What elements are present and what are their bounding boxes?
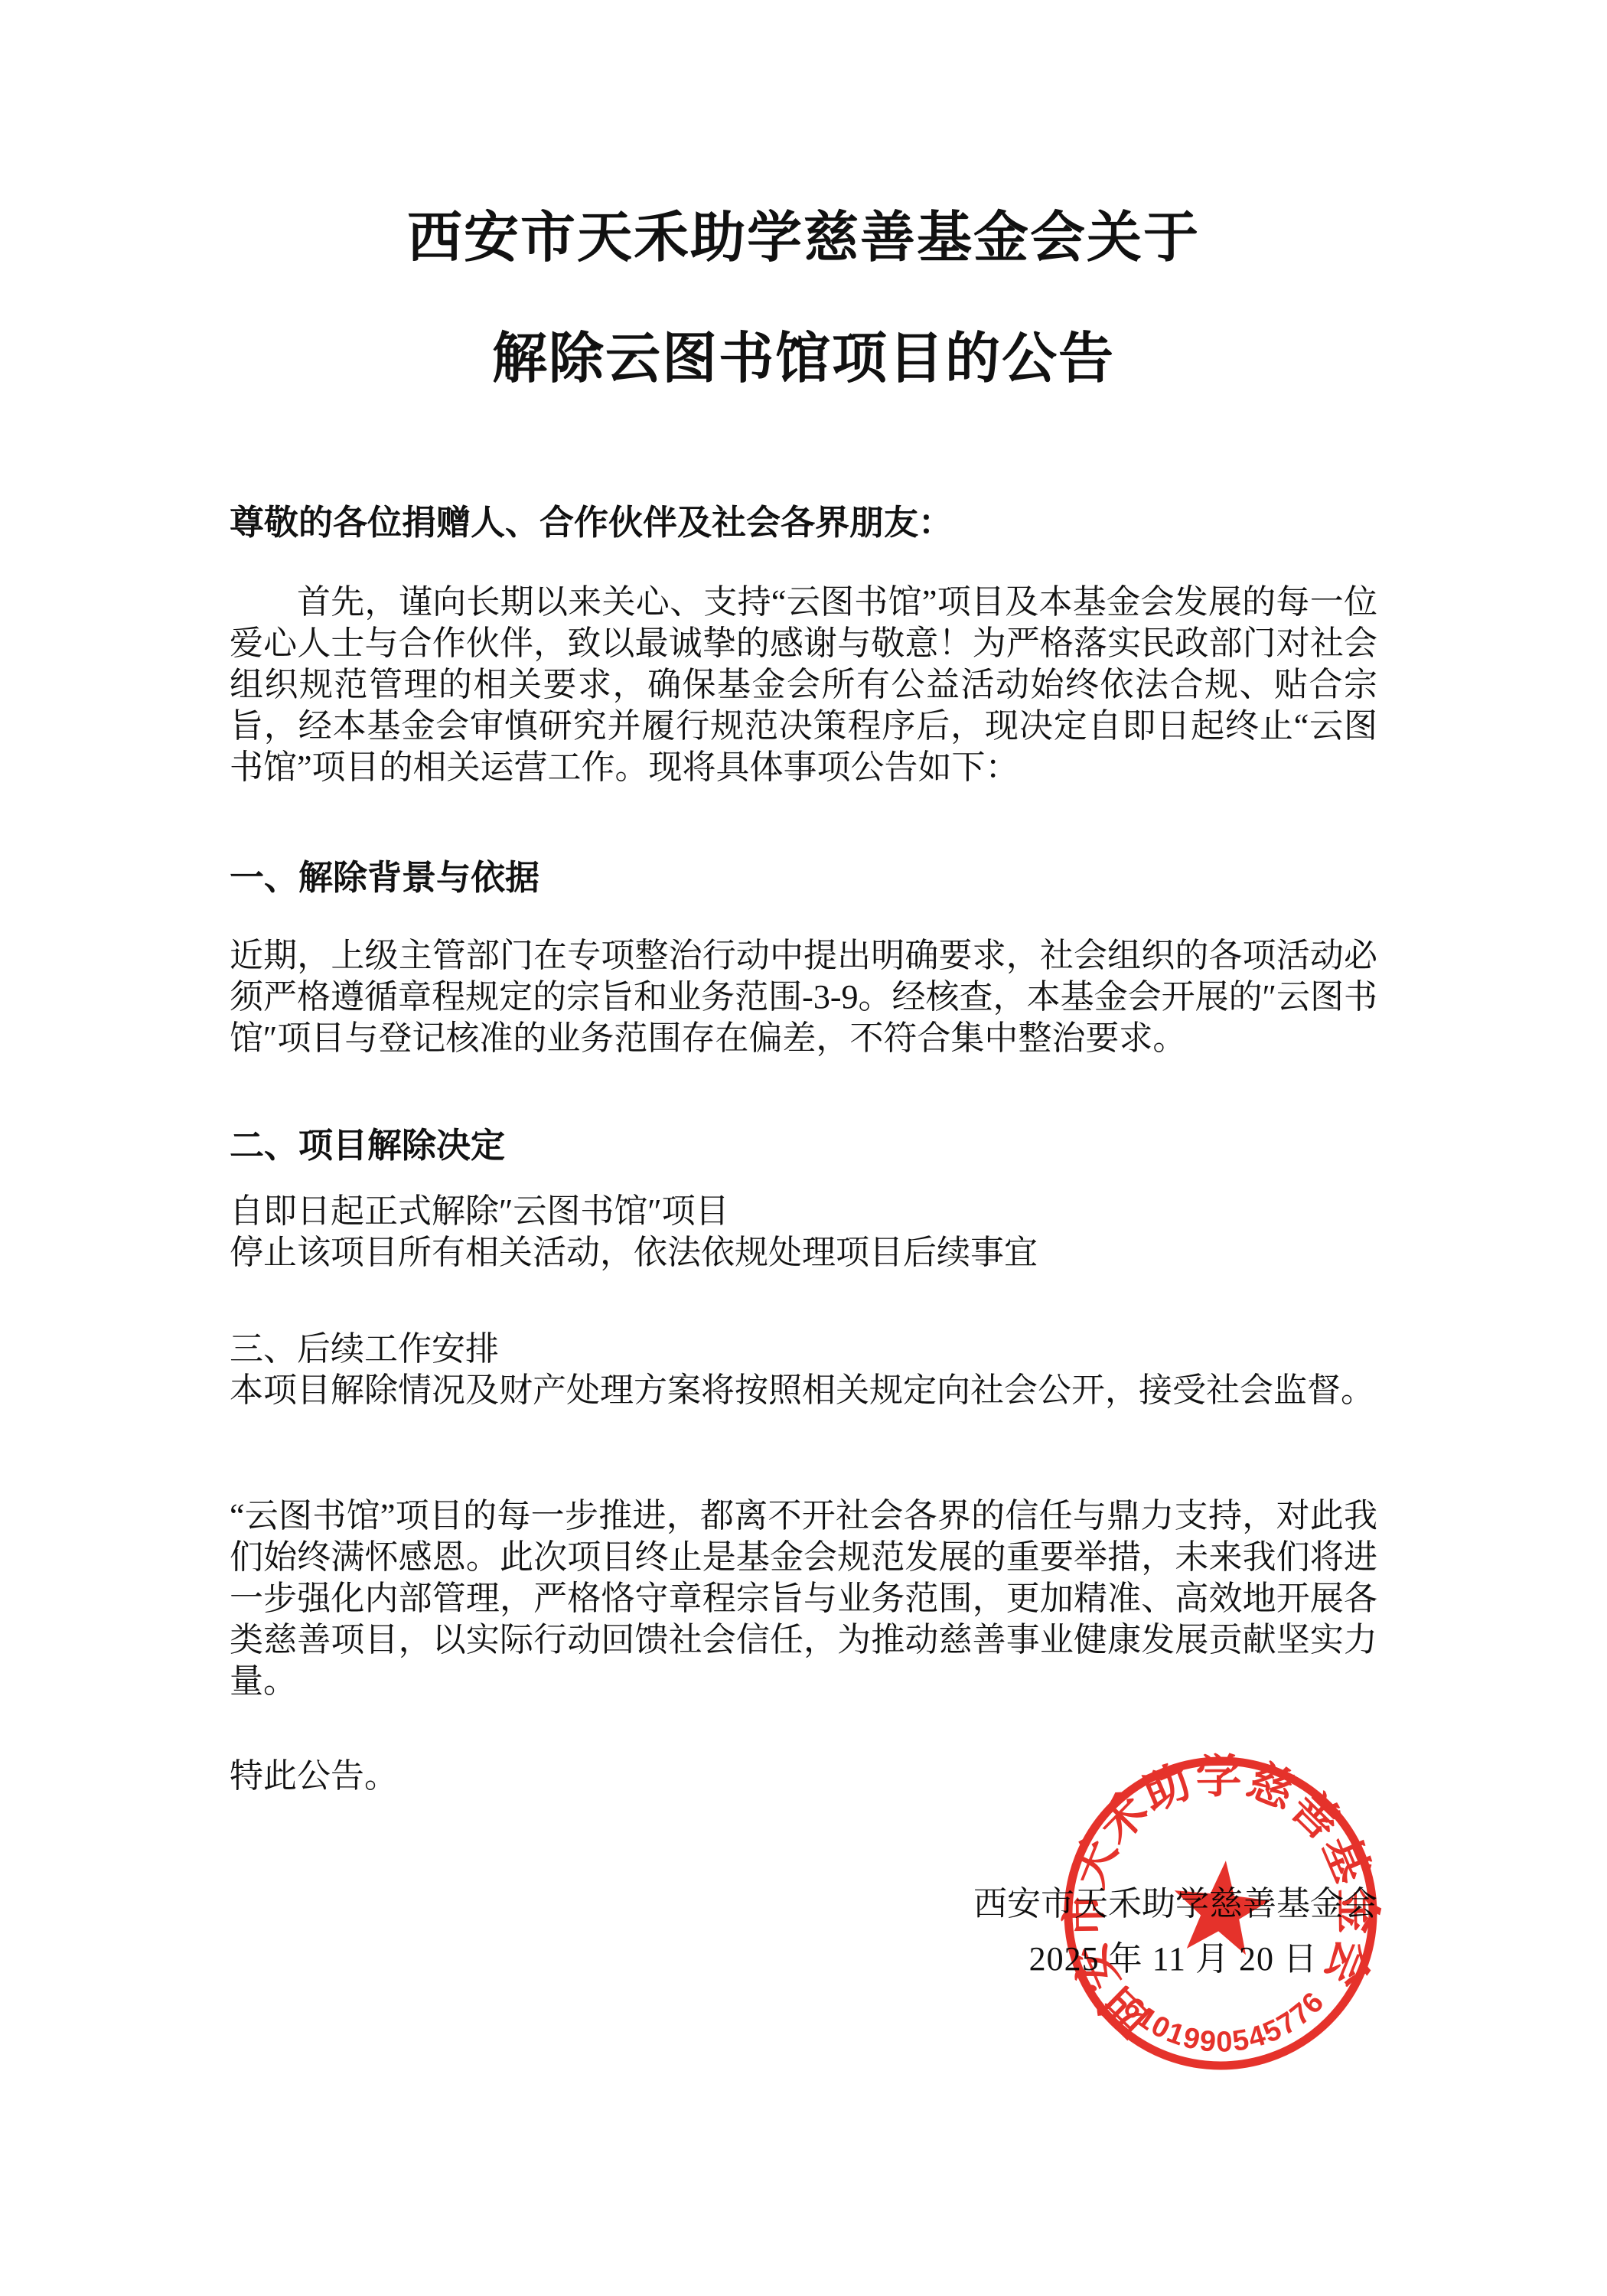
section2-heading: 二、项目解除决定 [230, 1125, 1377, 1166]
section2-line-1: 自即日起正式解除″云图书馆″项目 [230, 1191, 1377, 1232]
title-line-2: 解除云图书馆项目的公告 [230, 298, 1377, 419]
title-line-1: 西安市天禾助学慈善基金会关于 [230, 178, 1377, 298]
official-seal-stamp: 西安市天禾助学慈善基金会 6101990545776 [1056, 1749, 1385, 2078]
section2-body: 自即日起正式解除″云图书馆″项目 停止该项目所有相关活动，依法依规处理项目后续事… [230, 1191, 1377, 1274]
closing-paragraph: “云图书馆”项目的每一步推进，都离不开社会各界的信任与鼎力支持，对此我们始终满怀… [230, 1495, 1377, 1702]
salutation: 尊敬的各位捐赠人、合作伙伴及社会各界朋友： [230, 502, 1377, 543]
section1-body: 近期，上级主管部门在专项整治行动中提出明确要求，社会组织的各项活动必须严格遵循章… [230, 935, 1377, 1059]
section1-heading: 一、解除背景与依据 [230, 857, 1377, 899]
section2-line-2: 停止该项目所有相关活动，依法依规处理项目后续事宜 [230, 1232, 1377, 1274]
document-title: 西安市天禾助学慈善基金会关于 解除云图书馆项目的公告 [230, 178, 1377, 419]
section3-heading: 三、后续工作安排 [230, 1329, 1377, 1370]
red-star-icon [1175, 1861, 1270, 1955]
section3-body: 本项目解除情况及财产处理方案将按照相关规定向社会公开，接受社会监督。 [230, 1370, 1377, 1411]
announcement-document: 西安市天禾助学慈善基金会关于 解除云图书馆项目的公告 尊敬的各位捐赠人、合作伙伴… [0, 0, 1607, 2296]
intro-paragraph: 首先，谨向长期以来关心、支持“云图书馆”项目及本基金会发展的每一位爱心人士与合作… [230, 582, 1377, 788]
